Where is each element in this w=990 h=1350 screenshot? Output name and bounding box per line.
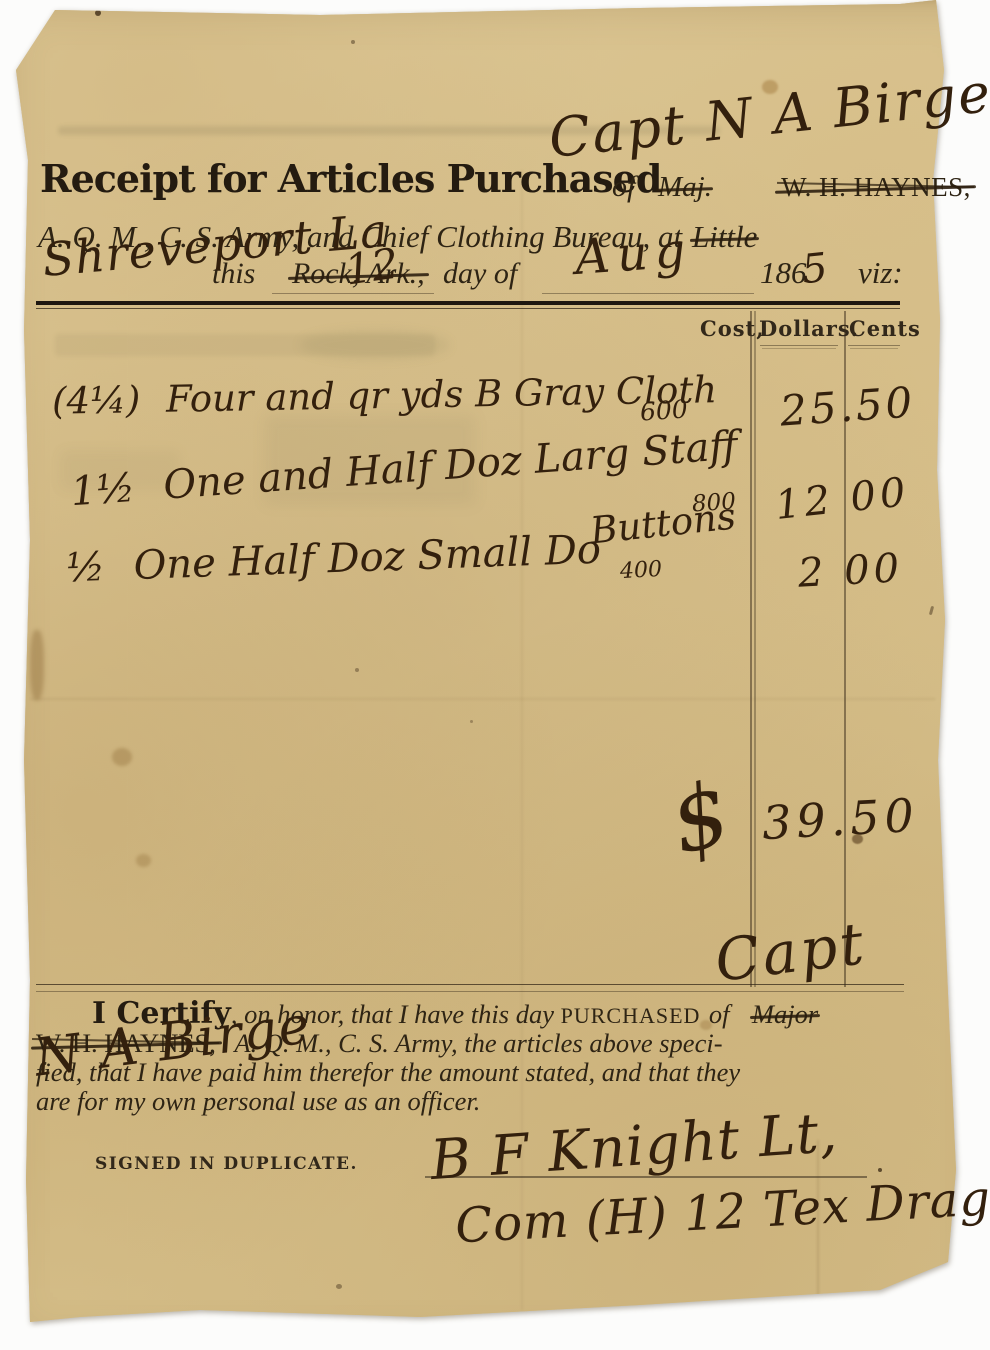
- row-1-qty: (4¼): [52, 378, 141, 423]
- table-row-1-description: (4¼) Four and qr yds B Gray Cloth: [52, 368, 718, 423]
- table-row-1-unit-cost: 600: [639, 394, 689, 426]
- signature-line-period: [878, 1168, 882, 1172]
- row-2-desc: One and Half Doz Larg Staff: [162, 423, 739, 509]
- handwritten-officer-name: Capt N A Birge: [546, 61, 990, 170]
- struck-rank-major: Major: [752, 999, 818, 1030]
- row-1-desc: Four and qr yds B Gray Cloth: [166, 368, 718, 421]
- table-row-2-description: 1½ One and Half Doz Larg Staff: [69, 423, 739, 516]
- certify-of-word: of: [709, 999, 730, 1029]
- table-column-divider: [750, 311, 752, 987]
- total-amount: 39.50: [761, 788, 920, 850]
- handwritten-year-digit: 5: [800, 245, 830, 293]
- row-3-desc: One Half Doz Small Do: [133, 527, 602, 589]
- row-3-qty: ½: [65, 544, 105, 591]
- year-prefix: 186: [760, 255, 807, 291]
- row-2-qty: 1½: [69, 465, 136, 515]
- cents-underline: [850, 348, 898, 349]
- handwritten-signature: B F Knight Lt,: [428, 1100, 839, 1192]
- table-row-3-unit-cost: 400: [619, 557, 662, 584]
- table-bottom-rule: [36, 991, 904, 992]
- table-row-2-unit-cost: 800: [691, 489, 737, 518]
- table-row-1-amount: 25.50: [778, 377, 916, 435]
- struck-name-haynes: W. H. HAYNES,: [781, 172, 971, 203]
- table-row-3-amount: 2 00: [797, 545, 904, 596]
- table-top-rule-thin: [36, 308, 900, 309]
- column-header-cents: Cents: [849, 316, 921, 341]
- dollars-underline: [762, 348, 836, 349]
- signed-in-duplicate-note: SIGNED IN DUPLICATE.: [95, 1154, 358, 1174]
- purchased-word: PURCHASED: [561, 1003, 701, 1028]
- table-row-2-amount: 12 00: [773, 469, 912, 529]
- title-of-word: of: [612, 170, 635, 204]
- struck-place-little: Little: [692, 219, 757, 255]
- handwritten-day: 12: [342, 239, 402, 295]
- table-bottom-rule: [36, 984, 904, 985]
- document-content: Capt N A Birge Receipt for Articles Purc…: [0, 0, 990, 1350]
- handwritten-capt-scrawl: Capt: [711, 909, 870, 995]
- struck-rank-maj: Maj.: [658, 171, 712, 204]
- handwritten-month: Aug: [573, 222, 694, 286]
- dollars-underline: [760, 345, 838, 346]
- table-top-rule: [36, 301, 900, 305]
- cents-underline: [848, 345, 900, 346]
- certification-line-4: are for my own personal use as an office…: [36, 1086, 480, 1117]
- viz-word: viz:: [858, 255, 903, 291]
- document-title: Receipt for Articles Purchased: [40, 156, 661, 201]
- table-column-divider: [754, 311, 756, 987]
- total-dollar-sign: $: [660, 761, 739, 874]
- day-of-word: day of: [443, 257, 517, 291]
- table-row-3-description: ½ One Half Doz Small Do: [65, 527, 601, 592]
- blank-line-month: [542, 293, 754, 294]
- scanned-receipt-document: Capt N A Birge Receipt for Articles Purc…: [0, 0, 990, 1350]
